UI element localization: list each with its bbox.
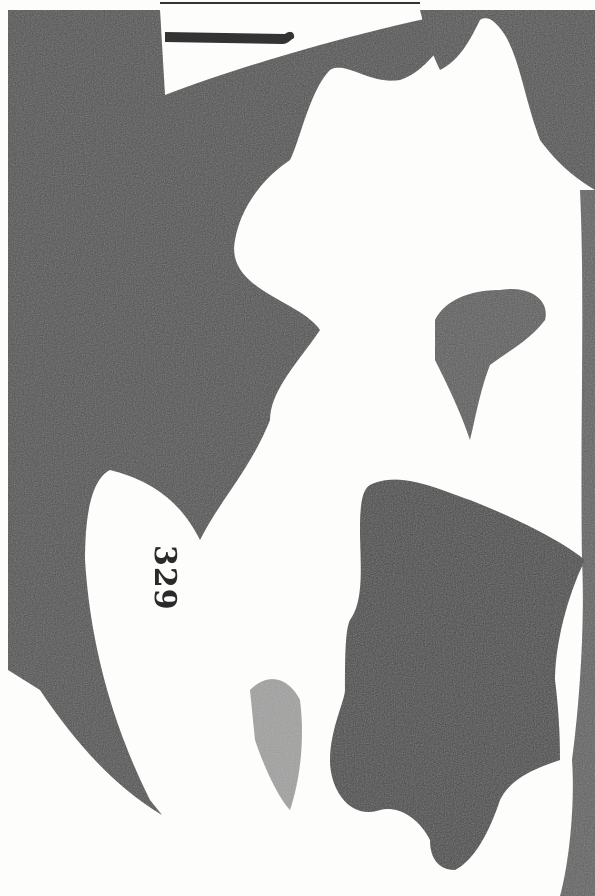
scanned-photo [0,0,595,896]
handwritten-number-label: 329 [147,545,182,611]
